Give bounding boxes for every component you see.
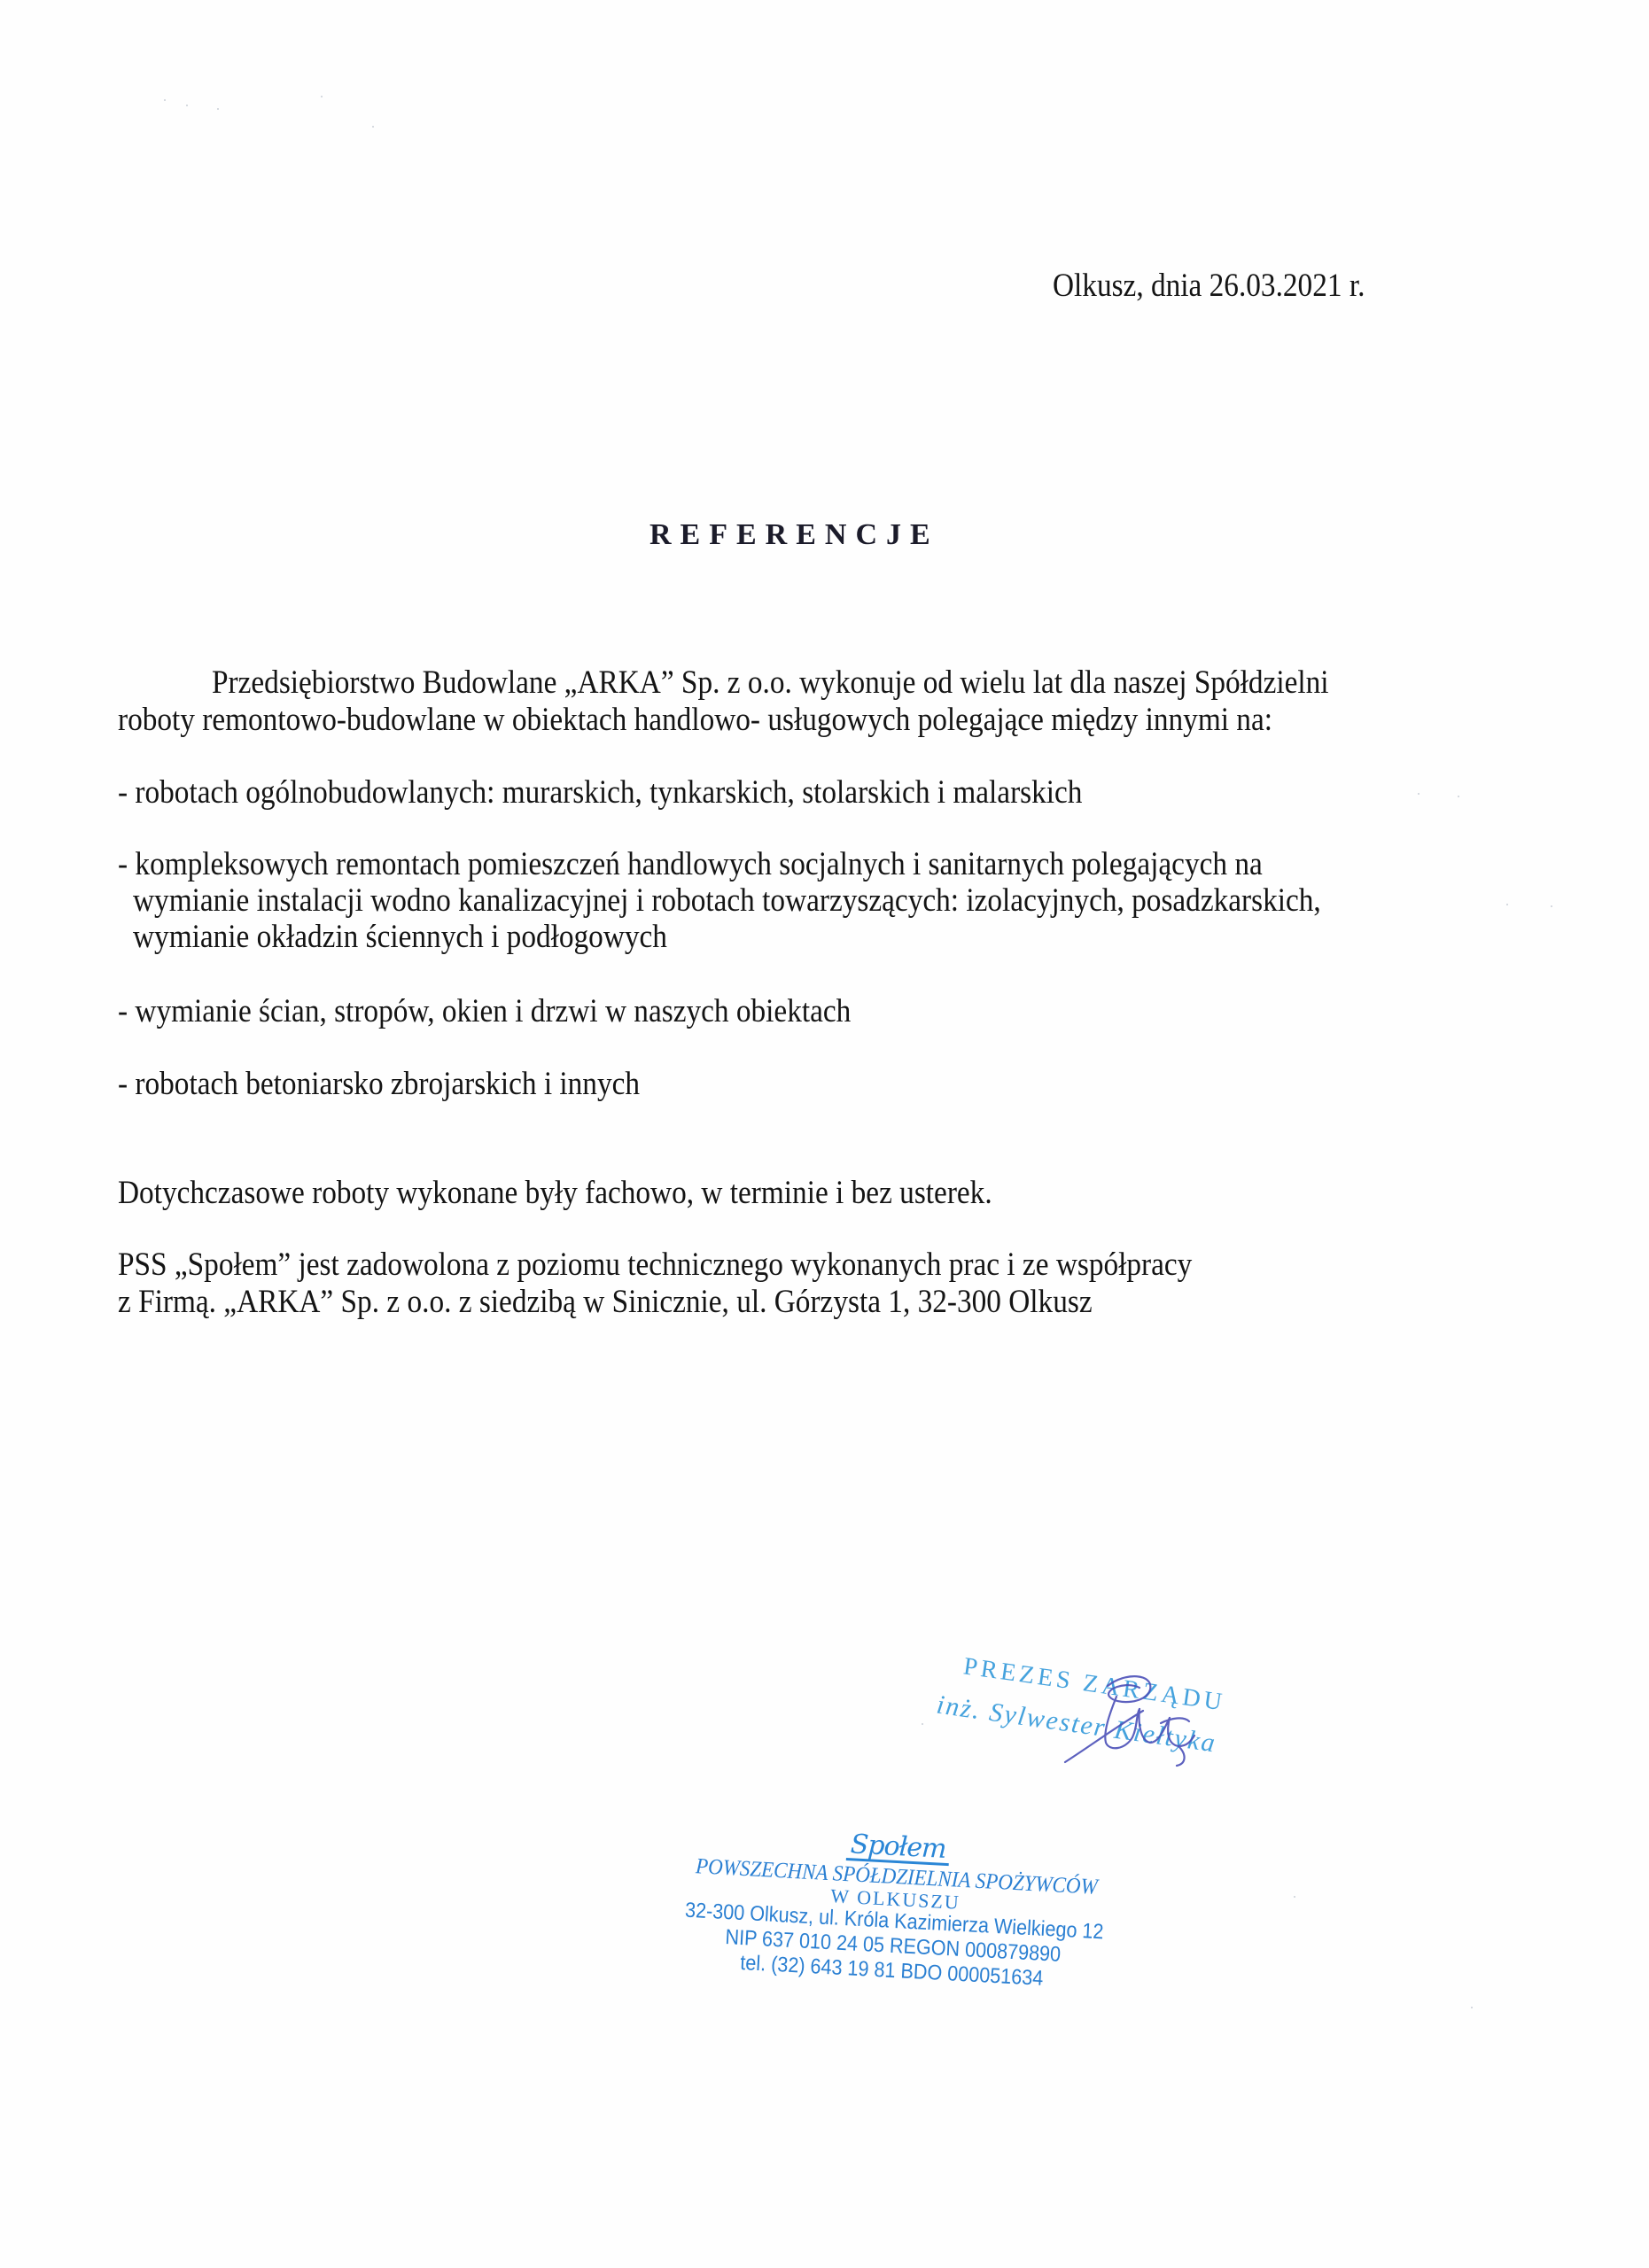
scan-speck <box>1458 796 1459 797</box>
spolem-logo: Społem <box>846 1831 950 1866</box>
scan-speck <box>321 96 323 97</box>
scan-speck <box>217 108 219 110</box>
bullet-item-renovations-cont-1: wymianie instalacji wodno kanalizacyjnej… <box>133 882 1321 919</box>
bullet-item-concrete-works: - robotach betoniarsko zbrojarskich i in… <box>118 1066 640 1102</box>
bullet-item-general-construction: - robotach ogólnobudowlanych: murarskich… <box>118 774 1082 811</box>
bullet-item-renovations-cont-2: wymianie okładzin ściennych i podłogowyc… <box>133 919 667 955</box>
handwritten-signature-icon <box>1054 1670 1205 1767</box>
scan-speck <box>1506 904 1508 905</box>
company-stamp: Społem POWSZECHNA SPÓŁDZIELNIA SPOŻYWCÓW… <box>643 1821 1147 1996</box>
letter-page: Olkusz, dnia 26.03.2021 r. REFERENCJE Pr… <box>0 0 1649 2268</box>
scan-speck <box>1294 1896 1295 1898</box>
place-date: Olkusz, dnia 26.03.2021 r. <box>1053 268 1365 304</box>
scan-speck <box>922 1723 923 1725</box>
bullet-item-replacements: - wymianie ścian, stropów, okien i drzwi… <box>118 993 851 1029</box>
scan-speck <box>1418 793 1420 795</box>
scan-speck <box>186 105 188 106</box>
satisfaction-line-1: PSS „Społem” jest zadowolona z poziomu t… <box>118 1247 1192 1283</box>
document-title: REFERENCJE <box>649 518 939 552</box>
scan-speck <box>1551 905 1552 907</box>
scan-speck <box>1471 2007 1473 2008</box>
satisfaction-line-2: z Firmą. „ARKA” Sp. z o.o. z siedzibą w … <box>118 1284 1093 1320</box>
bullet-item-renovations: - kompleksowych remontach pomieszczeń ha… <box>118 846 1263 882</box>
scan-speck <box>164 99 166 101</box>
conclusion-text: Dotychczasowe roboty wykonane były facho… <box>118 1175 992 1211</box>
intro-line-1: Przedsiębiorstwo Budowlane „ARKA” Sp. z … <box>212 664 1329 701</box>
intro-line-2: roboty remontowo-budowlane w obiektach h… <box>118 702 1272 738</box>
scan-speck <box>372 126 374 128</box>
